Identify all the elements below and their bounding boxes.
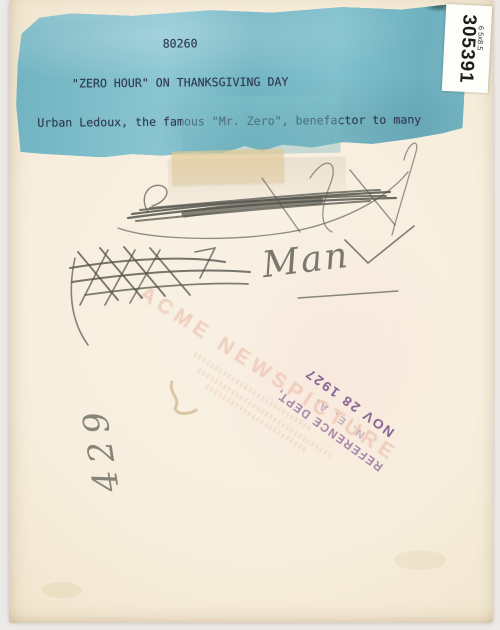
photo-number: 80260 — [33, 35, 458, 52]
caption-title: "ZERO HOUR" ON THANKSGIVING DAY — [33, 74, 458, 91]
archive-sticker: 305391 6 5x8.5 — [442, 4, 492, 93]
photo-verso-scan: 80260 "ZERO HOUR" ON THANKSGIVING DAY Ur… — [0, 0, 500, 630]
tape-over-slip — [182, 95, 341, 156]
sticker-size-note: 6 5x8.5 — [475, 10, 487, 66]
tan-tape-piece — [172, 149, 285, 186]
